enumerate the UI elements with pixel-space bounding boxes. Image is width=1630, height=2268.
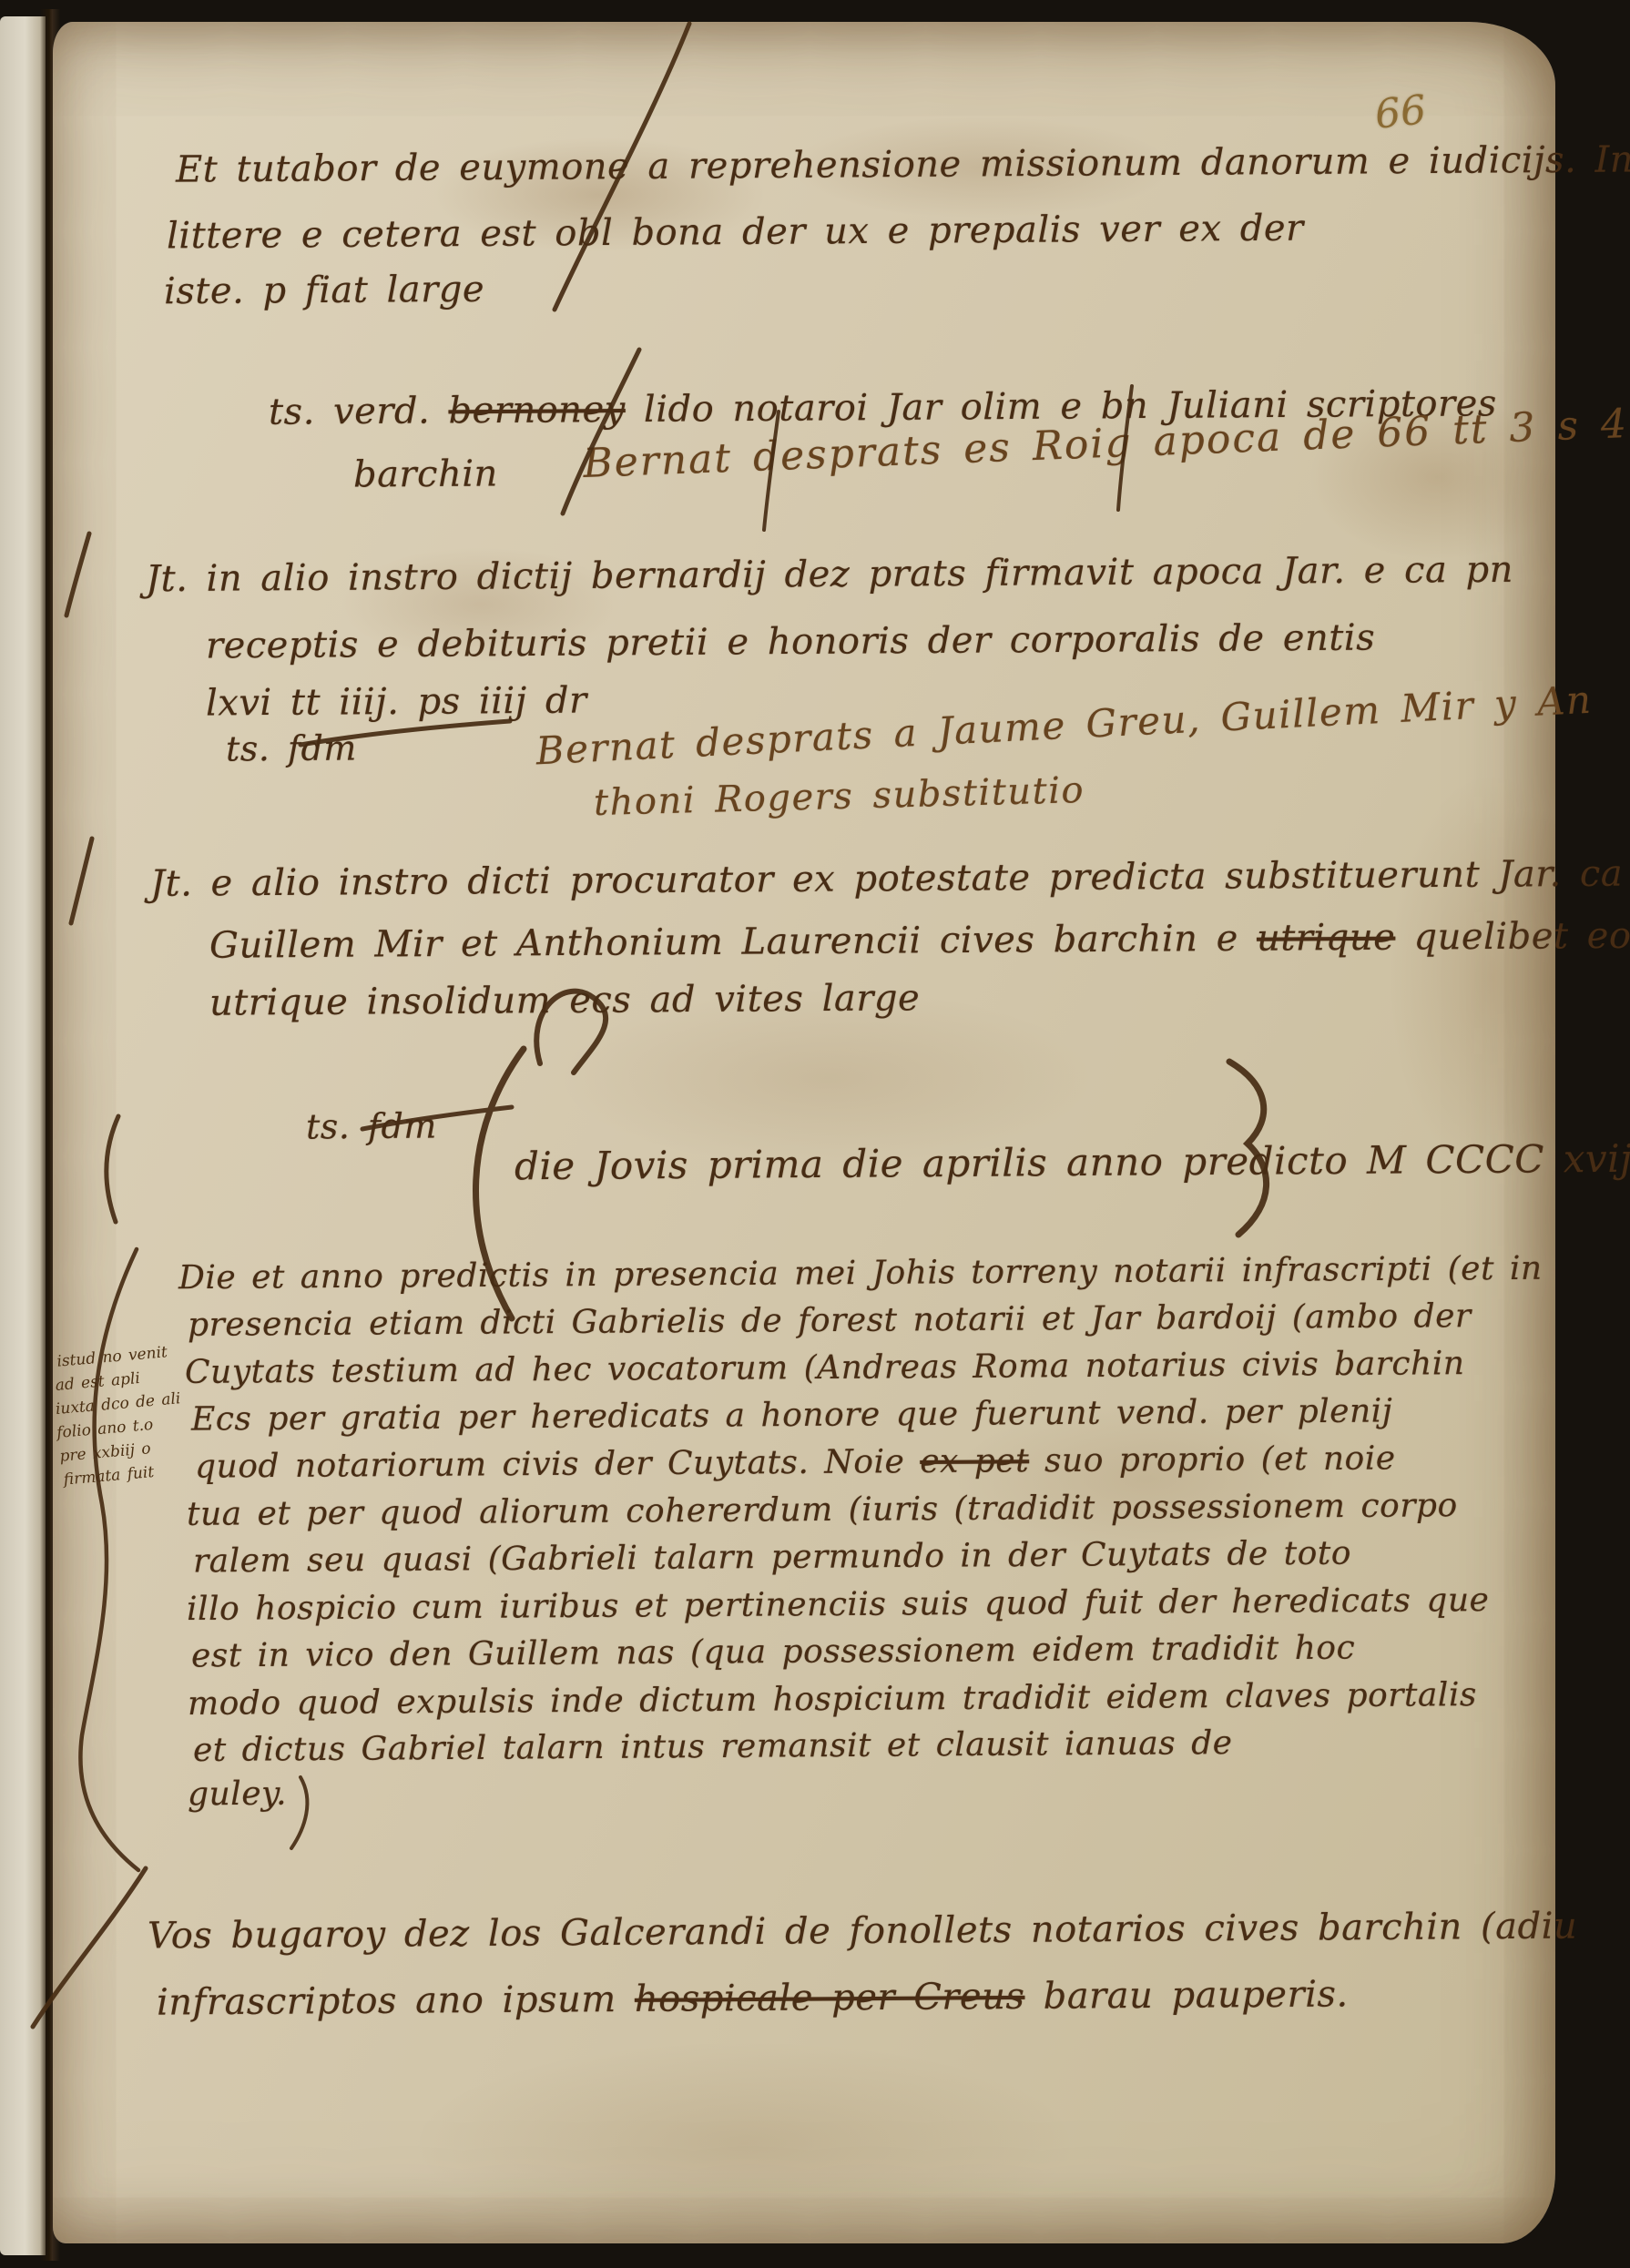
paragraph-mark-entry5 <box>71 839 92 923</box>
paragraph-mark-entry3 <box>66 534 89 615</box>
cancellation-stroke-entry2 <box>563 350 639 514</box>
act-end-flourish <box>291 1777 307 1848</box>
close-brace-date <box>1229 1062 1267 1235</box>
bottom-left-flourish <box>33 1868 146 2027</box>
cancellation-stroke-insert-b <box>1118 386 1132 510</box>
open-paren-date <box>476 1049 524 1318</box>
margin-paren-date <box>107 1116 118 1222</box>
sigla-dash-entry4 <box>301 721 510 745</box>
flourish-above-date <box>536 992 606 1073</box>
cancellation-stroke-entry1 <box>555 24 689 310</box>
cancellation-stroke-insert-a <box>764 412 779 530</box>
pen-strokes-overlay <box>0 0 1630 2268</box>
manuscript-scan: 66 Et tutabor de euymone a reprehensione… <box>0 0 1630 2268</box>
margin-brace-act <box>80 1249 138 1870</box>
